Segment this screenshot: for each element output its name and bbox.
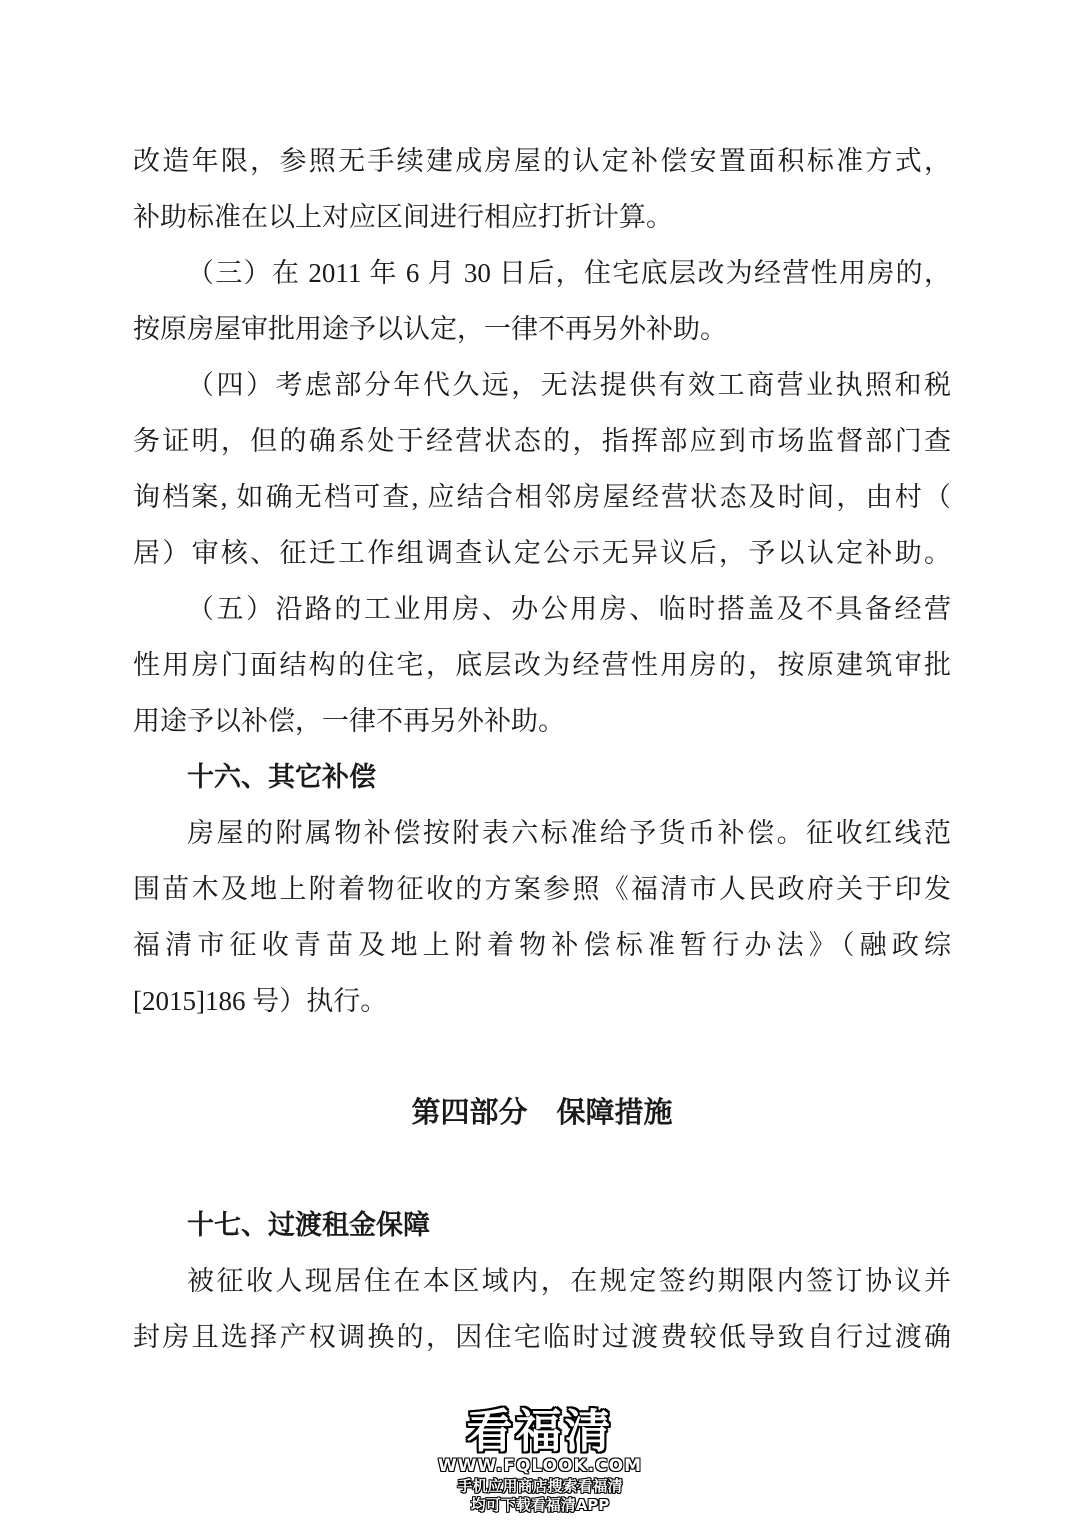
section-title: 第四部分 保障措施	[133, 1085, 951, 1141]
text-line: 务证明，但的确系处于经营状态的，指挥部应到市场监督部门查	[133, 413, 951, 469]
fqlook-note-line2: 均可下载看福清APP	[0, 1497, 1080, 1514]
text-line: 询档案, 如确无档可查, 应结合相邻房屋经营状态及时间，由村（	[133, 469, 951, 525]
heading: 十七、过渡租金保障	[133, 1197, 951, 1253]
paragraph: 房屋的附属物补偿按附表六标准给予货币补偿。征收红线范围苗木及地上附着物征收的方案…	[133, 805, 951, 1029]
text-line: 性用房门面结构的住宅，底层改为经营性用房的，按原建筑审批	[133, 637, 951, 693]
text-line: 第四部分 保障措施	[133, 1085, 951, 1141]
text-line: （四）考虑部分年代久远，无法提供有效工商营业执照和税	[133, 357, 951, 413]
fqlook-note-line1: 手机应用商店搜索看福清	[0, 1478, 1080, 1495]
text-line: 围苗木及地上附着物征收的方案参照《福清市人民政府关于印发	[133, 861, 951, 917]
text-line: 福清市征收青苗及地上附着物补偿标准暂行办法》（融政综	[133, 917, 951, 973]
fqlook-logo-text: 看福清	[0, 1406, 1080, 1456]
text-line: （五）沿路的工业用房、办公用房、临时搭盖及不具备经营	[133, 581, 951, 637]
fqlook-watermark: 看福清 WWW.FQLOOK.COM 手机应用商店搜索看福清 均可下载看福清AP…	[0, 1406, 1080, 1514]
text-line: 居）审核、征迁工作组调查认定公示无异议后，予以认定补助。	[133, 525, 951, 581]
paragraph: 改造年限，参照无手续建成房屋的认定补偿安置面积标准方式，补助标准在以上对应区间进…	[133, 133, 951, 245]
text-line: 按原房屋审批用途予以认定，一律不再另外补助。	[133, 301, 951, 357]
text-line: 补助标准在以上对应区间进行相应打折计算。	[133, 189, 951, 245]
text-line: 房屋的附属物补偿按附表六标准给予货币补偿。征收红线范	[133, 805, 951, 861]
paragraph: 被征收人现居住在本区域内，在规定签约期限内签订协议并封房且选择产权调换的，因住宅…	[133, 1253, 951, 1365]
document-content: 改造年限，参照无手续建成房屋的认定补偿安置面积标准方式，补助标准在以上对应区间进…	[133, 133, 951, 1365]
heading: 十六、其它补偿	[133, 749, 951, 805]
text-line: 十七、过渡租金保障	[133, 1197, 951, 1253]
text-line: （三）在 2011 年 6 月 30 日后，住宅底层改为经营性用房的，	[133, 245, 951, 301]
paragraph: （三）在 2011 年 6 月 30 日后，住宅底层改为经营性用房的，按原房屋审…	[133, 245, 951, 357]
text-line: 封房且选择产权调换的，因住宅临时过渡费较低导致自行过渡确	[133, 1309, 951, 1365]
fqlook-website-url: WWW.FQLOOK.COM	[0, 1457, 1080, 1476]
paragraph: （五）沿路的工业用房、办公用房、临时搭盖及不具备经营性用房门面结构的住宅，底层改…	[133, 581, 951, 749]
text-line: 十六、其它补偿	[133, 749, 951, 805]
text-line: 被征收人现居住在本区域内，在规定签约期限内签订协议并	[133, 1253, 951, 1309]
document-page: 改造年限，参照无手续建成房屋的认定补偿安置面积标准方式，补助标准在以上对应区间进…	[0, 0, 1080, 1527]
text-line: 改造年限，参照无手续建成房屋的认定补偿安置面积标准方式，	[133, 133, 951, 189]
text-line: 用途予以补偿，一律不再另外补助。	[133, 693, 951, 749]
text-line: [2015]186 号）执行。	[133, 973, 951, 1029]
paragraph: （四）考虑部分年代久远，无法提供有效工商营业执照和税务证明，但的确系处于经营状态…	[133, 357, 951, 581]
